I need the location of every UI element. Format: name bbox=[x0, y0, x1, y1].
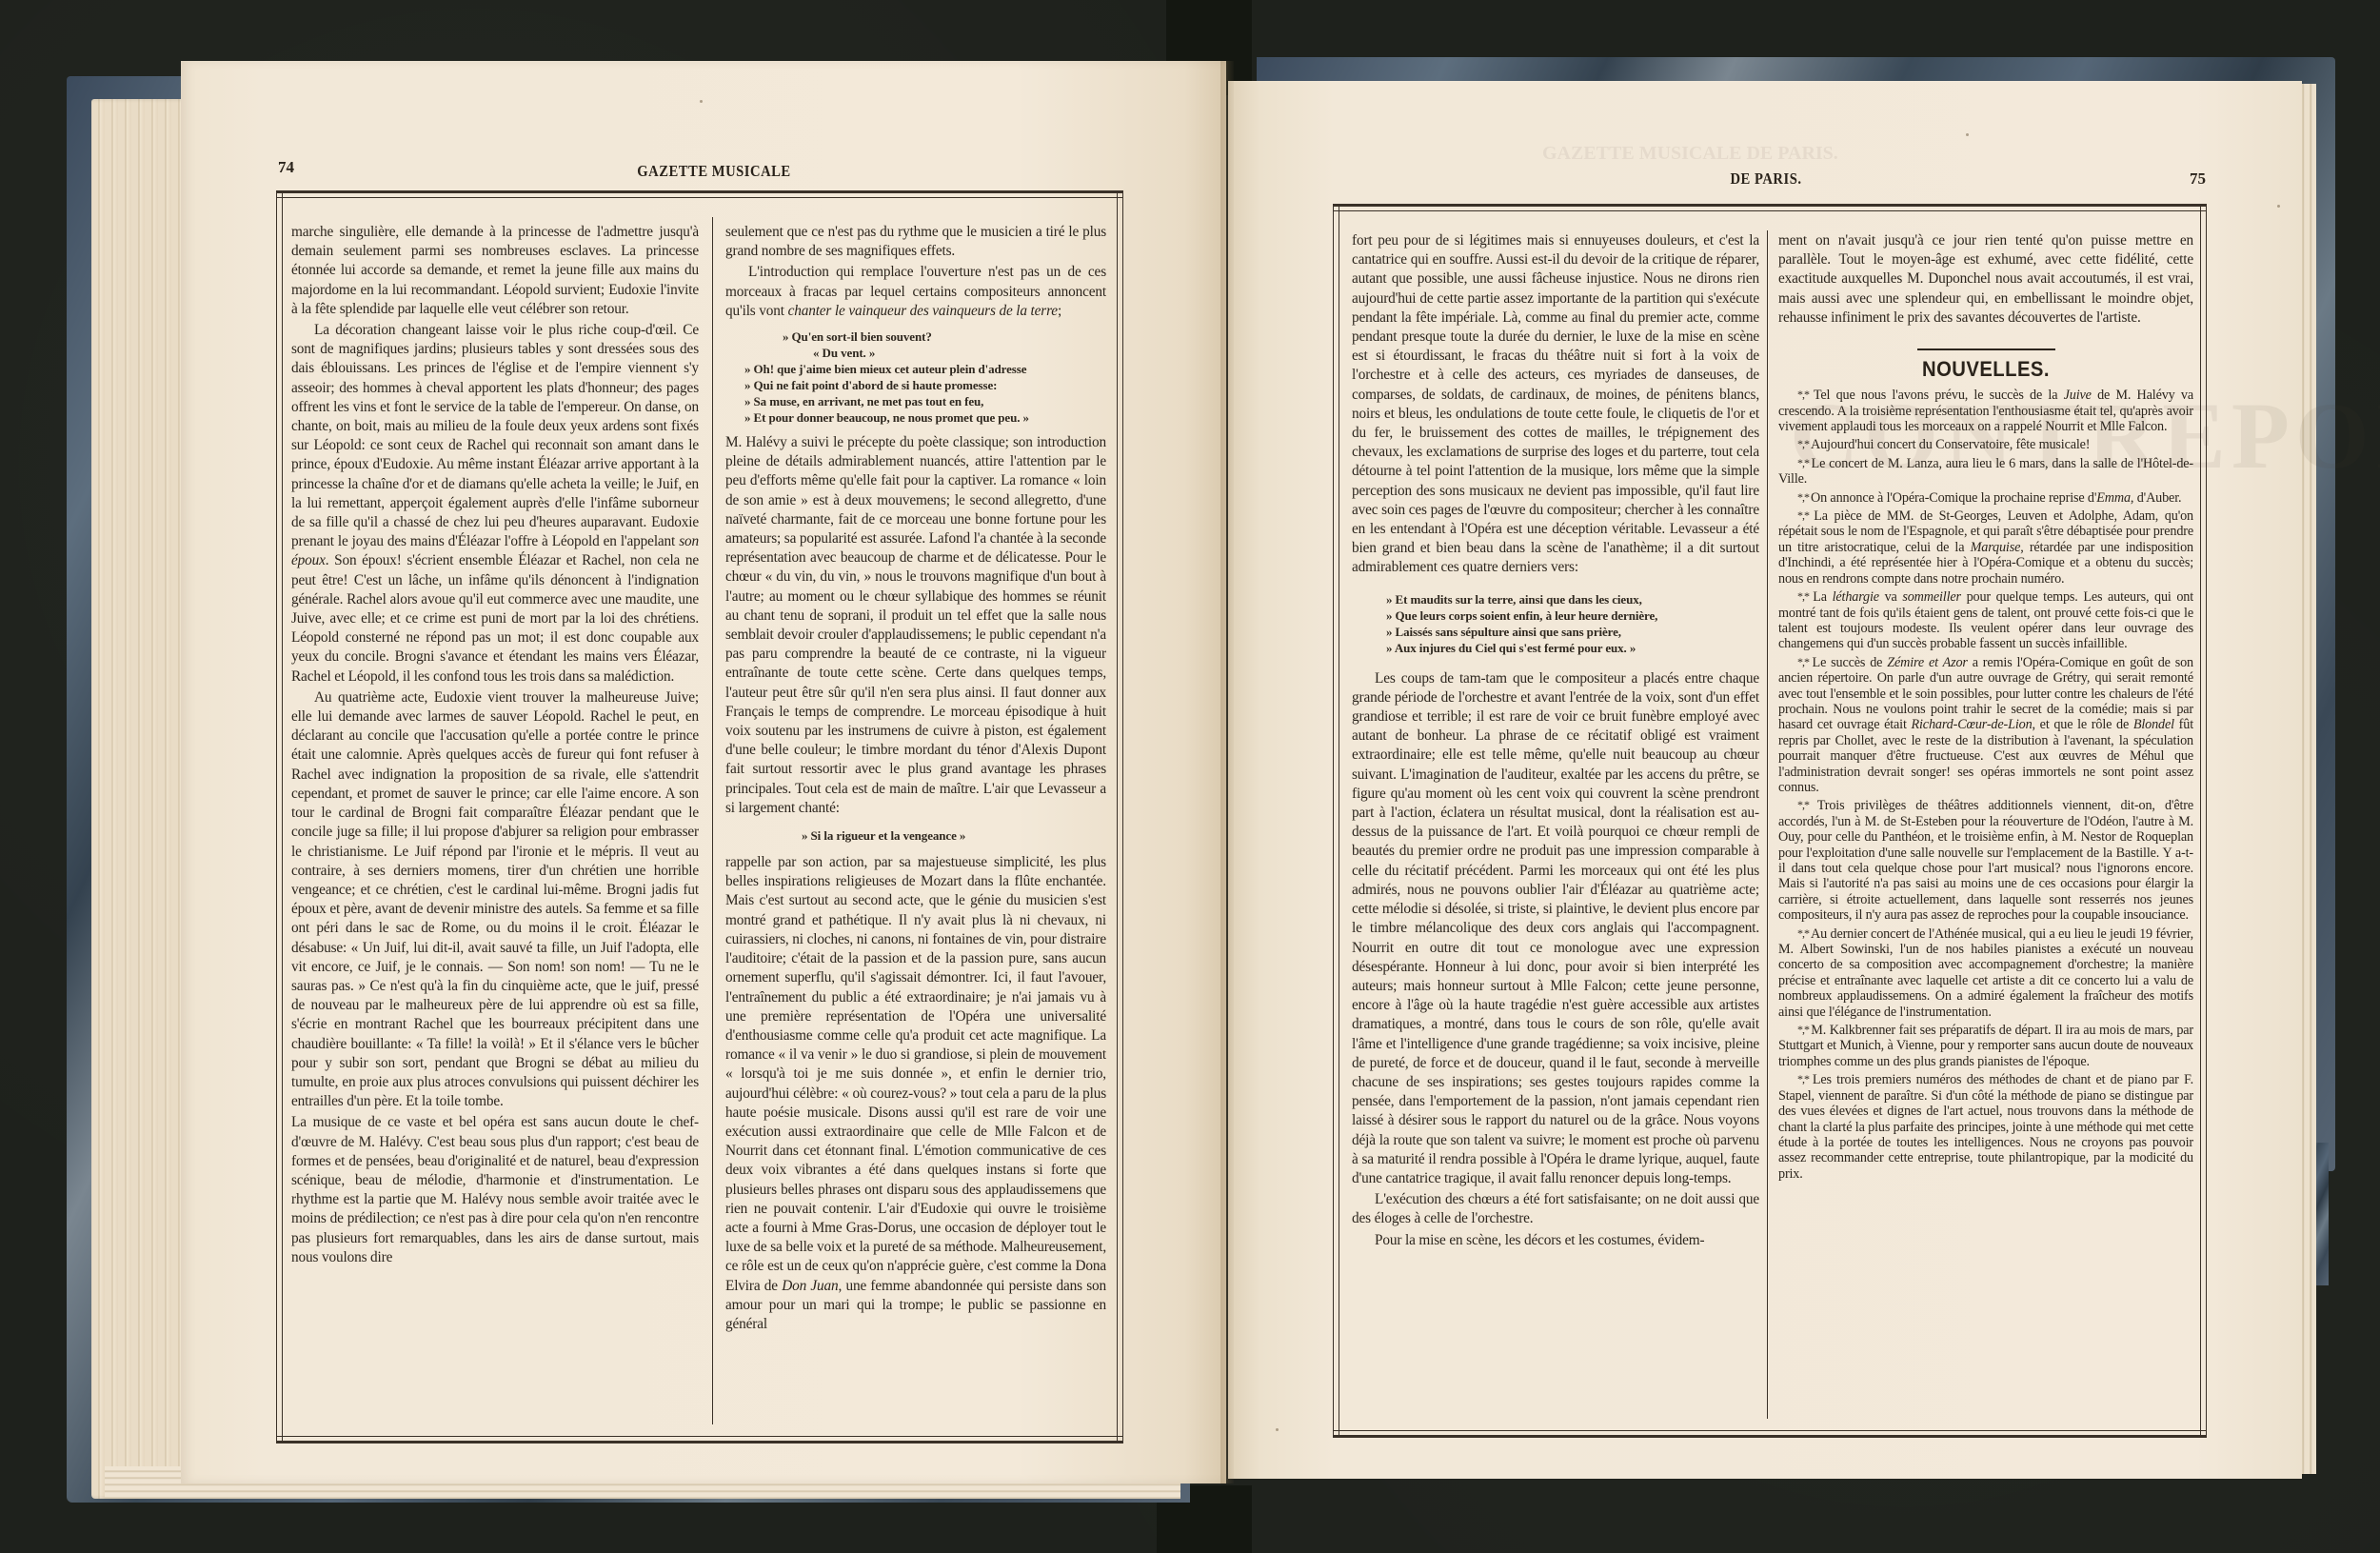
verse-line: » Si la rigueur et la vengeance » bbox=[802, 827, 1106, 844]
verse-line: » Aux injures du Ciel qui s'est fermé po… bbox=[1386, 640, 1759, 656]
paragraph: Au quatrième acte, Eudoxie vient trouver… bbox=[291, 688, 699, 1111]
right-page-column-1: fort peu pour de si légitimes mais si en… bbox=[1352, 231, 1759, 1422]
news-item: *,* Le succès de Zémire et Azor a remis … bbox=[1778, 654, 2193, 796]
news-item: *,* M. Kalkbrenner fait ses préparatifs … bbox=[1778, 1022, 2193, 1069]
asterism-icon: *,* bbox=[1797, 1072, 1813, 1085]
paragraph: M. Halévy a suivi le précepte du poète c… bbox=[725, 433, 1106, 818]
italic-title: Juive bbox=[2064, 388, 2092, 403]
frame-right-rule bbox=[2200, 204, 2207, 1438]
frame-bottom-rule bbox=[1333, 1430, 2207, 1438]
asterism-icon: *,* bbox=[1797, 508, 1814, 522]
paper-speck bbox=[2277, 205, 2280, 208]
frame-top-rule bbox=[276, 190, 1123, 198]
page-number-left: 74 bbox=[278, 158, 294, 177]
frame-right-rule bbox=[1117, 190, 1123, 1443]
section-heading-nouvelles: NOUVELLES. bbox=[1795, 360, 2176, 379]
italic-title: Richard-Cœur-de-Lion bbox=[1912, 717, 2033, 732]
section-separator-rule bbox=[1917, 348, 2055, 350]
italic-title: léthargie bbox=[1833, 589, 1879, 605]
asterism-icon: *,* bbox=[1797, 490, 1811, 504]
verse-line: « Du vent. » bbox=[783, 345, 1106, 361]
verse-line: » Et maudits sur la terre, ainsi que dan… bbox=[1386, 591, 1759, 607]
running-head-left: GAZETTE MUSICALE bbox=[607, 162, 821, 181]
frame-left-rule bbox=[276, 190, 283, 1443]
paper-speck bbox=[700, 100, 703, 103]
right-page-column-2: ment on n'avait jusqu'à ce jour rien ten… bbox=[1778, 231, 2193, 1422]
paragraph: La musique de ce vaste et bel opéra est … bbox=[291, 1113, 699, 1267]
paper-speck bbox=[1966, 133, 1969, 136]
asterism-icon: *,* bbox=[1797, 798, 1817, 811]
paragraph: rappelle par son action, par sa majestue… bbox=[725, 853, 1106, 1334]
verse-quotation: » Qu'en sort-il bien souvent? « Du vent.… bbox=[725, 329, 1106, 426]
news-item: *,* Les trois premiers numéros des métho… bbox=[1778, 1071, 2193, 1182]
news-item: *,* Au dernier concert de l'Athénée musi… bbox=[1778, 926, 2193, 1020]
news-item: *,* La pièce de MM. de St-Georges, Leuve… bbox=[1778, 508, 2193, 587]
italic-title: son époux bbox=[291, 533, 699, 568]
running-head-right: DE PARIS. bbox=[1680, 169, 1853, 189]
paragraph: Les coups de tam-tam que le compositeur … bbox=[1352, 669, 1759, 1188]
article-text: Les coups de tam-tam que le compositeur … bbox=[1352, 669, 1759, 1250]
news-item: *,* Aujourd'hui concert du Conservatoire… bbox=[1778, 436, 2193, 452]
italic-title: chanter le vainqueur des vainqueurs de l… bbox=[788, 303, 1058, 319]
article-text: seulement que ce n'est pas du rythme que… bbox=[725, 223, 1106, 321]
verse-line: » Qui ne fait point d'abord de si haute … bbox=[744, 377, 1106, 393]
news-items: *,* Tel que nous l'avons prévu, le succè… bbox=[1778, 387, 2193, 1182]
paragraph: seulement que ce n'est pas du rythme que… bbox=[725, 223, 1106, 261]
asterism-icon: *,* bbox=[1797, 456, 1812, 469]
column-divider bbox=[1767, 230, 1768, 1419]
italic-title: Zémire et Azor bbox=[1887, 655, 1968, 670]
paragraph: Pour la mise en scène, les décors et les… bbox=[1352, 1231, 1759, 1250]
verse-quotation: » Si la rigueur et la vengeance » bbox=[725, 827, 1106, 844]
paragraph: fort peu pour de si légitimes mais si en… bbox=[1352, 231, 1759, 578]
verse-quotation: » Et maudits sur la terre, ainsi que dan… bbox=[1352, 591, 1759, 656]
column-divider bbox=[712, 217, 713, 1424]
gutter-shadow bbox=[1220, 61, 1234, 1483]
news-item: *,* Trois privilèges de théâtres additio… bbox=[1778, 797, 2193, 923]
asterism-icon: *,* bbox=[1797, 1023, 1811, 1036]
asterism-icon: *,* bbox=[1797, 589, 1813, 603]
frame-bottom-rule bbox=[276, 1436, 1123, 1443]
article-text: ment on n'avait jusqu'à ce jour rien ten… bbox=[1778, 231, 2193, 328]
page-number-right: 75 bbox=[2190, 169, 2206, 189]
news-item: *,* Tel que nous l'avons prévu, le succè… bbox=[1778, 387, 2193, 434]
italic-title: Don Juan bbox=[782, 1278, 838, 1294]
news-item: *,* On annonce à l'Opéra-Comique la proc… bbox=[1778, 489, 2193, 506]
italic-title: Blondel bbox=[2133, 717, 2174, 732]
left-page-column-2: seulement que ce n'est pas du rythme que… bbox=[725, 223, 1106, 1424]
article-text: rappelle par son action, par sa majestue… bbox=[725, 853, 1106, 1334]
verse-line: » Laissés sans sépulture ainsi que sans … bbox=[1386, 624, 1759, 640]
frame-left-rule bbox=[1333, 204, 1339, 1438]
asterism-icon: *,* bbox=[1797, 388, 1814, 401]
paragraph: L'exécution des chœurs a été fort satisf… bbox=[1352, 1190, 1759, 1228]
article-text: M. Halévy a suivi le précepte du poète c… bbox=[725, 433, 1106, 818]
frame-top-rule bbox=[1333, 204, 2207, 211]
italic-title: Emma bbox=[2096, 490, 2131, 506]
verse-line: » Sa muse, en arrivant, ne met pas tout … bbox=[744, 393, 1106, 409]
article-text: fort peu pour de si légitimes mais si en… bbox=[1352, 231, 1759, 578]
verse-line: » Qu'en sort-il bien souvent? bbox=[783, 329, 1106, 345]
news-item: *,* Le concert de M. Lanza, aura lieu le… bbox=[1778, 455, 2193, 488]
verse-line: » Et pour donner beaucoup, ne nous prome… bbox=[744, 409, 1106, 426]
paragraph: marche singulière, elle demande à la pri… bbox=[291, 223, 699, 319]
verse-line: » Oh! que j'aime bien mieux cet auteur p… bbox=[744, 361, 1106, 377]
italic-title: sommeiller bbox=[1902, 589, 1961, 605]
left-page-column-1: marche singulière, elle demande à la pri… bbox=[291, 223, 699, 1424]
italic-title: Marquise bbox=[1971, 540, 2021, 555]
paragraph: La décoration changeant laisse voir le p… bbox=[291, 321, 699, 687]
paragraph: ment on n'avait jusqu'à ce jour rien ten… bbox=[1778, 231, 2193, 328]
verse-line: » Que leurs corps soient enfin, à leur h… bbox=[1386, 607, 1759, 624]
news-item: *,* La léthargie va sommeiller pour quel… bbox=[1778, 588, 2193, 652]
paragraph: L'introduction qui remplace l'ouverture … bbox=[725, 263, 1106, 321]
paper-speck bbox=[1276, 1428, 1279, 1431]
article-text: marche singulière, elle demande à la pri… bbox=[291, 223, 699, 1267]
asterism-icon: *,* bbox=[1797, 437, 1811, 450]
asterism-icon: *,* bbox=[1797, 655, 1813, 668]
asterism-icon: *,* bbox=[1797, 926, 1811, 940]
